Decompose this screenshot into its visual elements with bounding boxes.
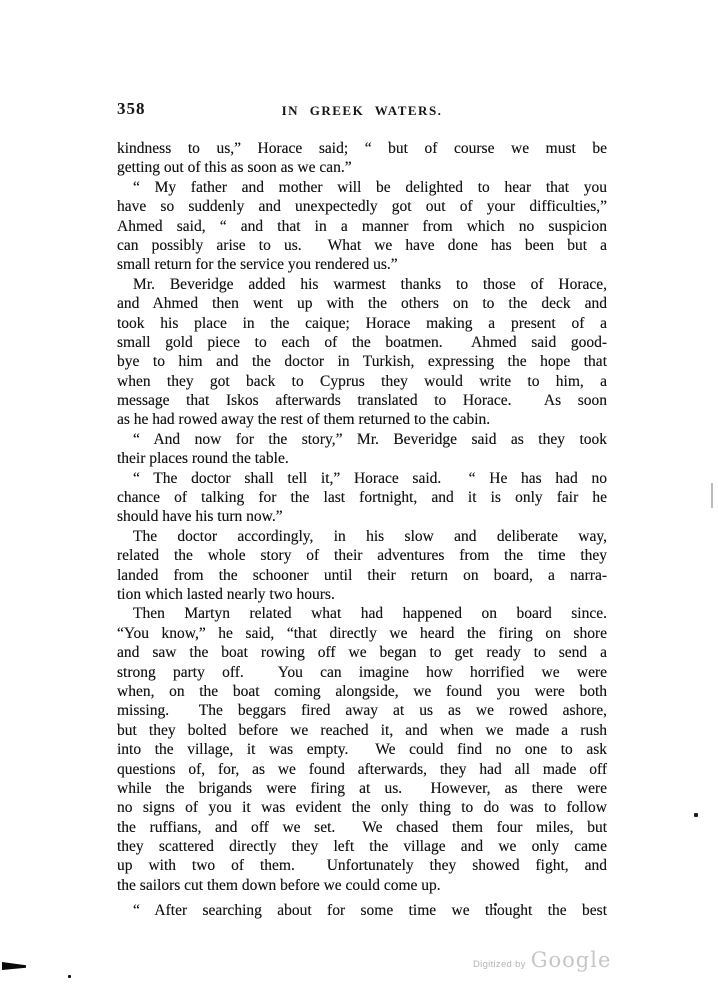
text-line: up with two of them. Unfortunately they … [117,856,607,875]
watermark-digitized-by: Digitized by [473,959,526,970]
text-line: questions of, for, as we found afterward… [117,760,607,779]
text-line: message that Iskos afterwards translated… [117,391,607,410]
text-line: “You know,” he said, “that directly we h… [117,624,607,643]
text-line: bye to him and the doctor in Turkish, ex… [117,352,607,371]
text-line: have so suddenly and unexpectedly got ou… [117,197,607,216]
text-line: The doctor accordingly, in his slow and … [117,527,607,546]
watermark: Digitized by Google [473,948,611,972]
text-line: kindness to us,” Horace said; “ but of c… [117,139,607,158]
text-line: “ And now for the story,” Mr. Beveridge … [117,430,607,449]
scan-artifact-dot-text [494,903,497,906]
text-line: getting out of this as soon as we can.” [117,158,607,177]
text-line: the ruffians, and off we set. We chased … [117,818,607,837]
text-line: when, on the boat coming alongside, we f… [117,682,607,701]
text-line: but they bolted before we reached it, an… [117,721,607,740]
book-page: 358 IN GREEK WATERS. kindness to us,” Ho… [0,0,718,1000]
scan-artifact-dot-right [694,813,698,817]
text-line: they scattered directly they left the vi… [117,837,607,856]
text-line: their places round the table. [117,449,607,468]
scan-artifact-dot-left [68,975,71,978]
text-line: strong party off. You can imagine how ho… [117,663,607,682]
text-line: and Ahmed then went up with the others o… [117,294,607,313]
text-line: the sailors cut them down before we coul… [117,876,607,895]
text-line: chance of talking for the last fortnight… [117,488,607,507]
text-column: kindness to us,” Horace said; “ but of c… [117,139,607,921]
text-line: related the whole story of their adventu… [117,546,607,565]
text-line: missing. The beggars fired away at us as… [117,701,607,720]
scan-artifact-wedge [2,962,26,970]
text-line: tion which lasted nearly two hours. [117,585,607,604]
text-line: small gold piece to each of the boatmen.… [117,333,607,352]
text-line: Mr. Beveridge added his warmest thanks t… [117,275,607,294]
google-logo: Google [531,948,612,972]
text-line: when they got back to Cyprus they would … [117,372,607,391]
text-line: Ahmed said, “ and that in a manner from … [117,217,607,236]
text-line: “ After searching about for some time we… [117,901,607,920]
text-line: “ My father and mother will be delighted… [117,178,607,197]
text-line: Then Martyn related what had happened on… [117,604,607,623]
text-line: and saw the boat rowing off we began to … [117,643,607,662]
running-title: IN GREEK WATERS. [117,103,607,118]
text-line: into the village, it was empty. We could… [117,740,607,759]
text-line: small return for the service you rendere… [117,255,607,274]
text-line: took his place in the caique; Horace mak… [117,314,607,333]
text-line: should have his turn now.” [117,507,607,526]
text-line: landed from the schooner until their ret… [117,566,607,585]
text-line: no signs of you it was evident the only … [117,798,607,817]
text-line: can possibly arise to us. What we have d… [117,236,607,255]
scan-artifact-edge-line [711,483,713,508]
text-line: “ The doctor shall tell it,” Horace said… [117,469,607,488]
text-line: as he had rowed away the rest of them re… [117,410,607,429]
text-line: while the brigands were firing at us. Ho… [117,779,607,798]
